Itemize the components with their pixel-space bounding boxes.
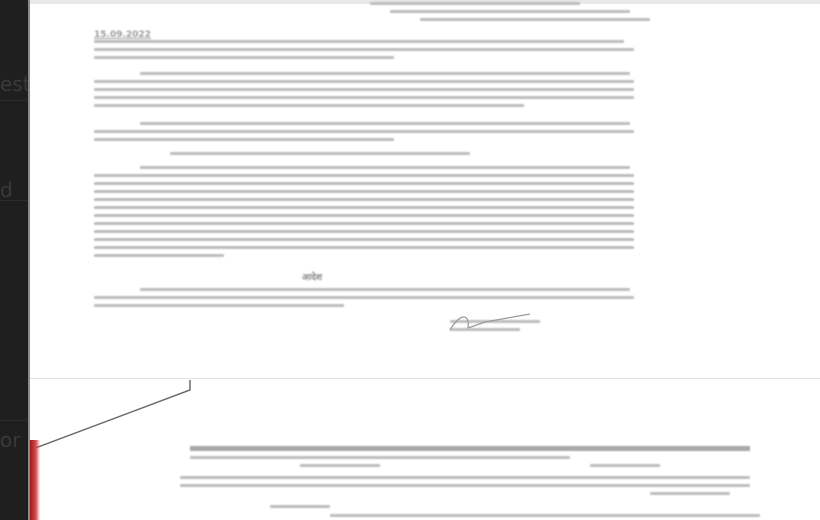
second-page-title xyxy=(190,446,750,451)
text-line xyxy=(140,72,630,75)
window-text-fragment: d xyxy=(0,178,13,202)
text-line xyxy=(94,80,634,83)
text-line xyxy=(94,56,394,59)
text-line xyxy=(94,254,224,257)
divider xyxy=(0,100,28,101)
text-line xyxy=(94,138,394,141)
text-line xyxy=(94,206,634,209)
text-line xyxy=(94,230,634,233)
text-line xyxy=(140,166,630,169)
background-window-panel: est d or xyxy=(0,0,30,520)
text-line xyxy=(140,288,630,291)
text-line xyxy=(94,130,634,133)
text-line xyxy=(420,18,650,21)
text-line xyxy=(94,190,634,193)
text-line xyxy=(370,2,580,5)
text-line xyxy=(94,104,524,107)
scanned-document-image: 15.09.2022 आदेश xyxy=(30,0,820,520)
text-line xyxy=(180,476,750,479)
text-line xyxy=(94,238,634,241)
divider xyxy=(0,200,28,201)
divider xyxy=(0,420,28,421)
text-line xyxy=(94,214,634,217)
document-date: 15.09.2022 xyxy=(94,30,151,40)
text-line xyxy=(140,122,630,125)
text-line xyxy=(650,492,730,495)
text-line xyxy=(170,152,470,155)
text-line xyxy=(94,296,634,299)
text-line xyxy=(94,40,624,43)
window-text-fragment: est xyxy=(0,72,30,96)
text-line xyxy=(94,198,634,201)
text-line xyxy=(390,10,630,13)
red-stamp-edge xyxy=(30,440,40,520)
text-line xyxy=(94,182,634,185)
text-line xyxy=(590,464,660,467)
signature-mark xyxy=(430,308,540,338)
page-break-line xyxy=(30,378,820,379)
text-line xyxy=(94,96,634,99)
section-heading: आदेश xyxy=(302,270,322,283)
text-line xyxy=(94,48,634,51)
text-line xyxy=(190,456,570,459)
page-fold-shadow xyxy=(30,380,200,450)
text-line xyxy=(180,484,750,487)
text-line xyxy=(94,246,634,249)
text-line xyxy=(270,505,330,508)
text-line xyxy=(94,304,344,307)
window-text-fragment: or xyxy=(0,428,20,452)
text-line xyxy=(94,174,634,177)
text-line xyxy=(94,222,634,225)
text-line xyxy=(300,464,380,467)
text-line xyxy=(94,88,634,91)
text-line xyxy=(330,514,760,517)
